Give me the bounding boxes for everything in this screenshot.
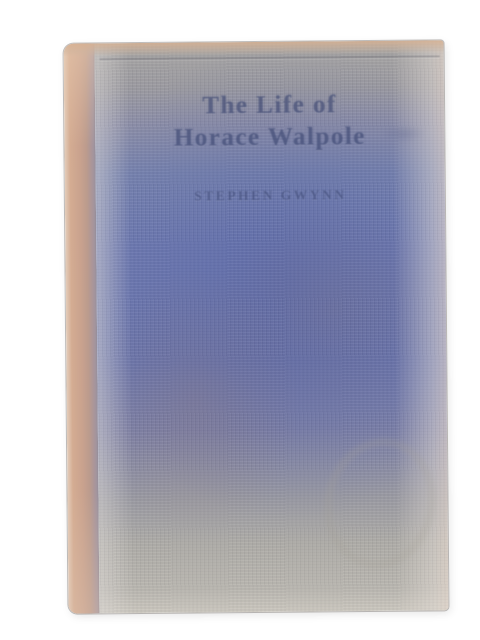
book-photograph: The Life of Horace Walpole STEPHEN GWYNN — [0, 0, 480, 640]
ring-stain — [313, 428, 448, 579]
book-title: The Life of Horace Walpole — [95, 88, 445, 155]
book: The Life of Horace Walpole STEPHEN GWYNN — [64, 40, 449, 613]
book-author: STEPHEN GWYNN — [96, 186, 445, 205]
title-line-1: The Life of — [95, 88, 444, 123]
faded-gilt-smudge — [380, 125, 426, 143]
